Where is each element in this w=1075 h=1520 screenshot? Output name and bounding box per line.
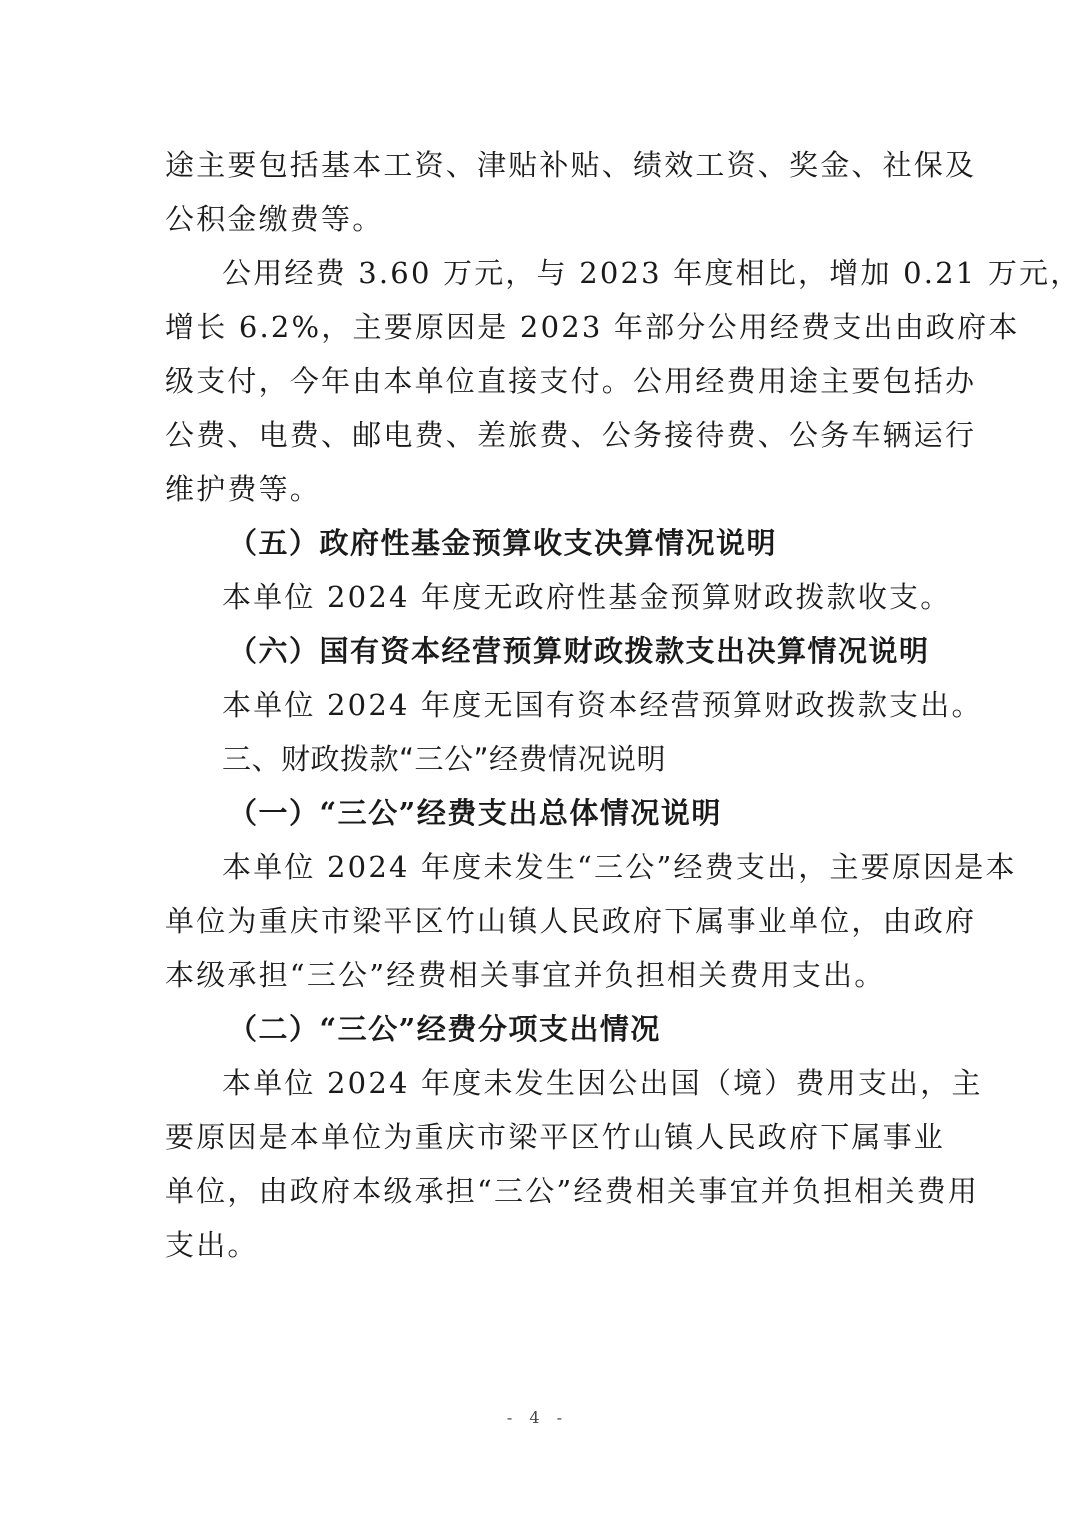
body-text-line: 支出。 <box>165 1225 913 1265</box>
body-text-line: 本单位 2024 年度无政府性基金预算财政拨款收支。 <box>222 577 970 617</box>
body-text-line: 本单位 2024 年度未发生因公出国（境）费用支出，主 <box>222 1063 913 1103</box>
body-text-line: 本级承担“三公”经费相关事宜并负担相关费用支出。 <box>165 955 913 995</box>
body-text-line: 维护费等。 <box>165 469 913 509</box>
body-text-line: 公用经费 3.60 万元，与 2023 年度相比，增加 0.21 万元， <box>222 253 913 293</box>
body-text-line: 级支付，今年由本单位直接支付。公用经费用途主要包括办 <box>165 361 913 401</box>
section-subheading: （六）国有资本经营预算财政拨款支出决算情况说明 <box>228 631 976 671</box>
body-text-line: 要原因是本单位为重庆市梁平区竹山镇人民政府下属事业 <box>165 1117 913 1157</box>
body-text-line: 单位，由政府本级承担“三公”经费相关事宜并负担相关费用 <box>165 1171 913 1211</box>
section-subheading: （五）政府性基金预算收支决算情况说明 <box>228 523 976 563</box>
body-text-line: 单位为重庆市梁平区竹山镇人民政府下属事业单位，由政府 <box>165 901 913 941</box>
body-text-line: 公费、电费、邮电费、差旅费、公务接待费、公务车辆运行 <box>165 415 913 455</box>
section-subheading: （一）“三公”经费支出总体情况说明 <box>228 793 976 833</box>
body-text-line: 公积金缴费等。 <box>165 199 913 239</box>
section-heading: 三、财政拨款“三公”经费情况说明 <box>222 739 970 779</box>
body-text-line: 增长 6.2%，主要原因是 2023 年部分公用经费支出由政府本 <box>165 307 913 347</box>
body-text-line: 本单位 2024 年度无国有资本经营预算财政拨款支出。 <box>222 685 970 725</box>
body-text-line: 途主要包括基本工资、津贴补贴、绩效工资、奖金、社保及 <box>165 145 913 185</box>
page-number: - 4 - <box>0 1408 1075 1427</box>
section-subheading: （二）“三公”经费分项支出情况 <box>228 1009 976 1049</box>
document-page: 途主要包括基本工资、津贴补贴、绩效工资、奖金、社保及 公积金缴费等。 公用经费 … <box>0 0 1075 1520</box>
body-text-line: 本单位 2024 年度未发生“三公”经费支出，主要原因是本 <box>222 847 913 887</box>
